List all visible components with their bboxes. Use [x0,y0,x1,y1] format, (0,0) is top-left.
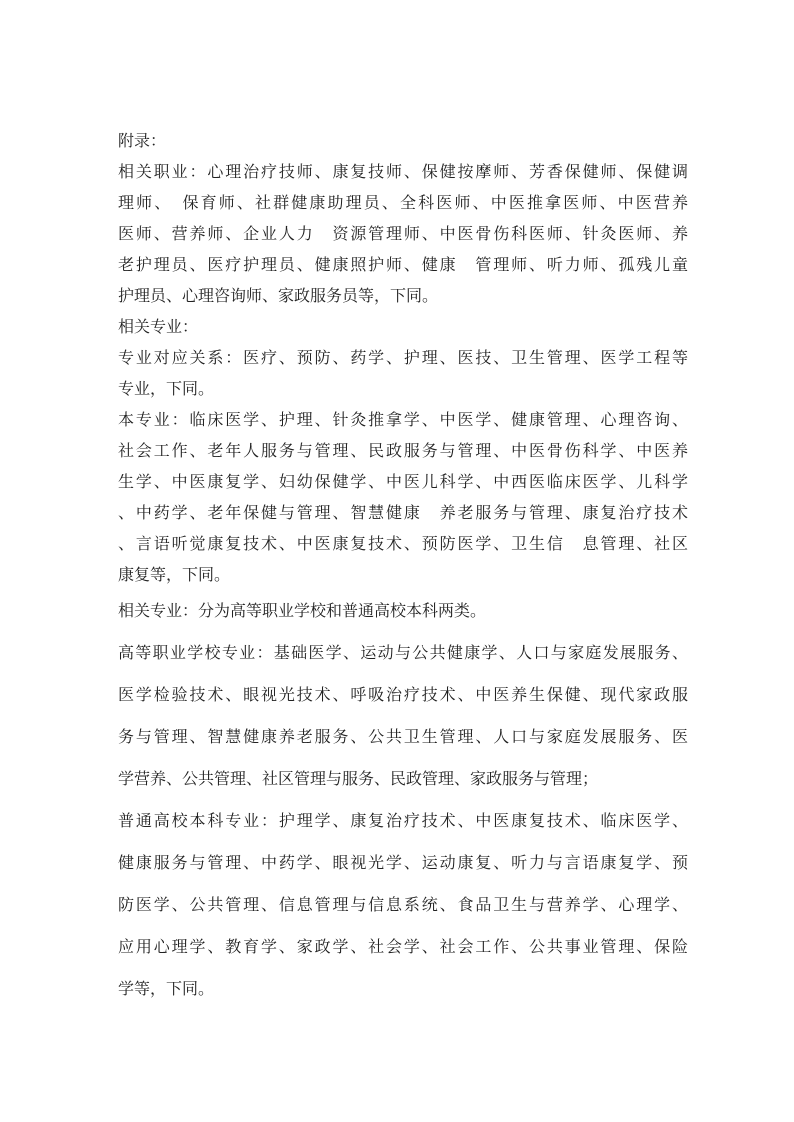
text-line: 防医学、公共管理、信息管理与信息系统、食品卫生与营养学、心理学、 [118,885,688,927]
paragraph-this-major: 本专业：临床医学、护理、针灸推拿学、中医学、健康管理、心理咨询、社会工作、老年人… [118,405,688,591]
text-line: 、言语听觉康复技术、中医康复技术、预防医学、卫生信 息管理、社区 [118,529,688,560]
paragraph-related-majors-heading: 相关专业： [118,312,688,343]
text-line: 专业对应关系：医疗、预防、药学、护理、医技、卫生管理、医学工程等 [118,343,688,374]
text-line: 本专业：临床医学、护理、针灸推拿学、中医学、健康管理、心理咨询、 [118,405,688,436]
text-line: 医师、营养师、企业人力 资源管理师、中医骨伤科医师、针灸医师、养 [118,219,688,250]
text-line: 附录： [118,126,688,157]
paragraph-related-majors-categories: 相关专业：分为高等职业学校和普通高校本科两类。 [118,591,688,633]
document-body: 附录：相关职业：心理治疗技师、康复技师、保健按摩师、芳香保健师、保健调理师、 保… [118,126,688,1011]
text-line: 务与管理、智慧健康养老服务、公共卫生管理、人口与家庭发展服务、医 [118,717,688,759]
paragraph-undergraduate-majors: 普通高校本科专业：护理学、康复治疗技术、中医康复技术、临床医学、健康服务与管理、… [118,801,688,1011]
text-line: 护理员、心理咨询师、家政服务员等，下同。 [118,281,688,312]
text-line: 相关职业：心理治疗技师、康复技师、保健按摩师、芳香保健师、保健调 [118,157,688,188]
paragraph-appendix-heading: 附录： [118,126,688,157]
paragraph-major-correspondence: 专业对应关系：医疗、预防、药学、护理、医技、卫生管理、医学工程等专业，下同。 [118,343,688,405]
text-line: 社会工作、老年人服务与管理、民政服务与管理、中医骨伤科学、中医养 [118,436,688,467]
text-line: 高等职业学校专业：基础医学、运动与公共健康学、人口与家庭发展服务、 [118,633,688,675]
text-line: 医学检验技术、眼视光技术、呼吸治疗技术、中医养生保健、现代家政服 [118,675,688,717]
text-line: 学等，下同。 [118,969,688,1011]
text-line: 应用心理学、教育学、家政学、社会学、社会工作、公共事业管理、保险 [118,927,688,969]
paragraph-related-occupations: 相关职业：心理治疗技师、康复技师、保健按摩师、芳香保健师、保健调理师、 保育师、… [118,157,688,312]
text-line: 老护理员、医疗护理员、健康照护师、健康 管理师、听力师、孤残儿童 [118,250,688,281]
text-line: 相关专业： [118,312,688,343]
text-line: 康复等，下同。 [118,560,688,591]
paragraph-vocational-school-majors: 高等职业学校专业：基础医学、运动与公共健康学、人口与家庭发展服务、医学检验技术、… [118,633,688,801]
text-line: 相关专业：分为高等职业学校和普通高校本科两类。 [118,591,688,633]
text-line: 理师、 保育师、社群健康助理员、全科医师、中医推拿医师、中医营养 [118,188,688,219]
text-line: 生学、中医康复学、妇幼保健学、中医儿科学、中西医临床医学、儿科学 [118,467,688,498]
text-line: 普通高校本科专业：护理学、康复治疗技术、中医康复技术、临床医学、 [118,801,688,843]
text-line: 学营养、公共管理、社区管理与服务、民政管理、家政服务与管理； [118,759,688,801]
document-page: 附录：相关职业：心理治疗技师、康复技师、保健按摩师、芳香保健师、保健调理师、 保… [0,0,794,1122]
text-line: 健康服务与管理、中药学、眼视光学、运动康复、听力与言语康复学、预 [118,843,688,885]
text-line: 、中药学、老年保健与管理、智慧健康 养老服务与管理、康复治疗技术 [118,498,688,529]
text-line: 专业，下同。 [118,374,688,405]
